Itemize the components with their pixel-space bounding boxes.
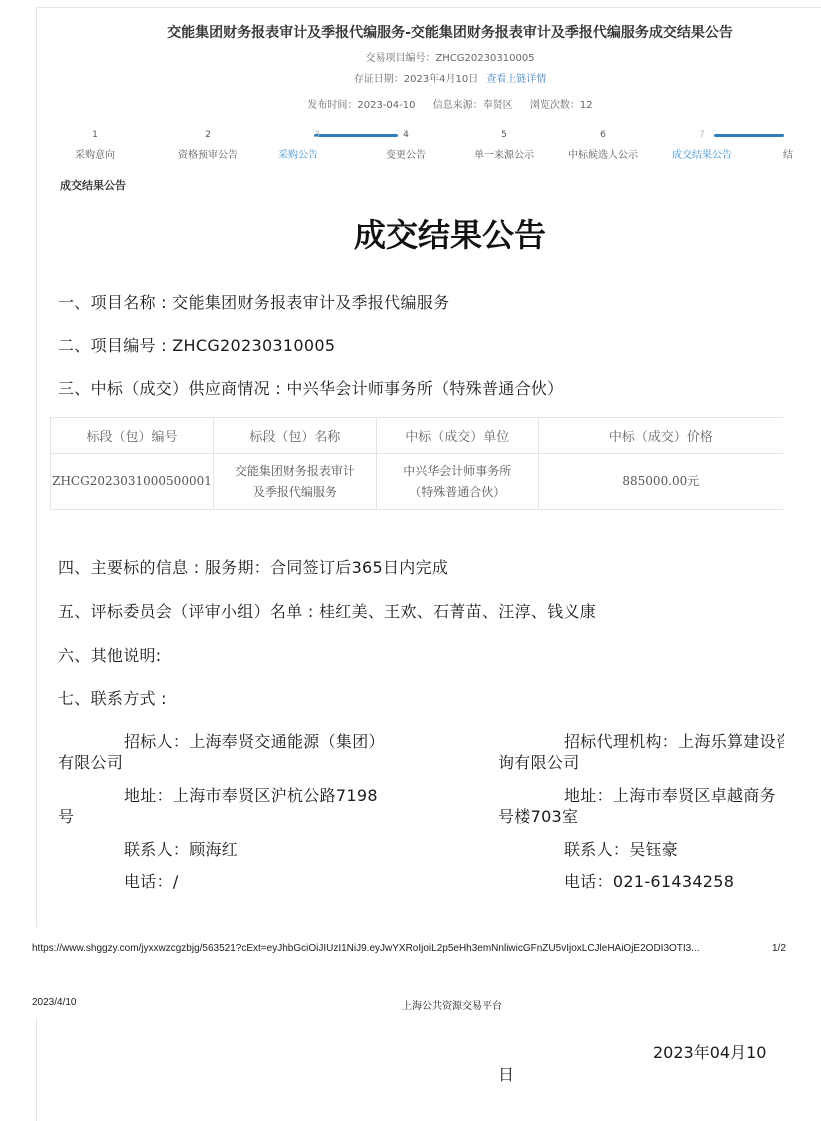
- cell-lot-code: ZHCG2023031000500001: [51, 454, 214, 510]
- col-header-lot-name: 标段（包）名称: [213, 418, 376, 454]
- agency-address-line1: 地址：上海市奉贤区卓越商务: [498, 785, 784, 806]
- table-row: ZHCG2023031000500001 交能集团财务报表审计 及季报代编服务 …: [51, 454, 784, 510]
- agency-contact: 招标代理机构：上海乐算建设咨 询有限公司 地址：上海市奉贤区卓越商务 号楼703…: [498, 731, 784, 892]
- signature-date: 2023年04月10: [653, 1040, 766, 1063]
- subject-info: 四、主要标的信息 : 服务期：合同签订后365日内完成: [58, 555, 448, 578]
- tenderer-org-line2: 有限公司: [58, 752, 418, 773]
- contact-heading: 七、联系方式 :: [58, 686, 167, 709]
- lot-name-line-1: 交能集团财务报表审计: [214, 461, 376, 482]
- tenderer-contact: 招标人：上海奉贤交通能源（集团） 有限公司 地址：上海市奉贤区沪杭公路7198 …: [58, 731, 418, 892]
- agency-org-line1: 招标代理机构：上海乐算建设咨: [498, 731, 784, 752]
- print-page-number: 1/2: [772, 943, 786, 954]
- col-header-lot-code: 标段（包）编号: [51, 418, 214, 454]
- tenderer-phone: 电话：/: [58, 871, 418, 892]
- other-notes: 六、其他说明:: [58, 643, 162, 666]
- agency-clip: 招标代理机构：上海乐算建设咨 询有限公司 地址：上海市奉贤区卓越商务 号楼703…: [496, 720, 784, 900]
- signature-day-char: 日: [498, 1062, 514, 1085]
- cell-price: 885000.00元: [538, 454, 783, 510]
- tenderer-address-line1: 地址：上海市奉贤区沪杭公路7198: [58, 785, 418, 806]
- col-header-winner: 中标（成交）单位: [376, 418, 538, 454]
- winner-line-2: （特殊普通合伙）: [377, 482, 538, 503]
- review-committee: 五、评标委员会（评审小组）名单 : 桂红美、王欢、石菁苗、汪淳、钱义康: [58, 599, 596, 622]
- agency-person: 联系人：吴钰豪: [498, 839, 784, 860]
- tenderer-person: 联系人：顾海红: [58, 839, 418, 860]
- col-header-price: 中标（成交）价格: [538, 418, 783, 454]
- print-url[interactable]: https://www.shggzy.com/jyxxwzcgzbjg/5635…: [32, 943, 700, 954]
- cell-winner: 中兴华会计师事务所 （特殊普通合伙）: [376, 454, 538, 510]
- award-table: 标段（包）编号 标段（包）名称 中标（成交）单位 中标（成交）价格 ZHCG20…: [50, 417, 783, 510]
- winner-line-1: 中兴华会计师事务所: [377, 461, 538, 482]
- cell-lot-name: 交能集团财务报表审计 及季报代编服务: [213, 454, 376, 510]
- agency-phone: 电话：021-61434258: [498, 871, 784, 892]
- agency-address-line2: 号楼703室: [498, 806, 784, 827]
- agency-org-line2: 询有限公司: [498, 752, 784, 773]
- print-site-name: 上海公共资源交易平台: [0, 997, 821, 1012]
- tenderer-address-line2: 号: [58, 806, 418, 827]
- tenderer-org-line1: 招标人：上海奉贤交通能源（集团）: [58, 731, 418, 752]
- lot-name-line-2: 及季报代编服务: [214, 482, 376, 503]
- table-header-row: 标段（包）编号 标段（包）名称 中标（成交）单位 中标（成交）价格: [51, 418, 784, 454]
